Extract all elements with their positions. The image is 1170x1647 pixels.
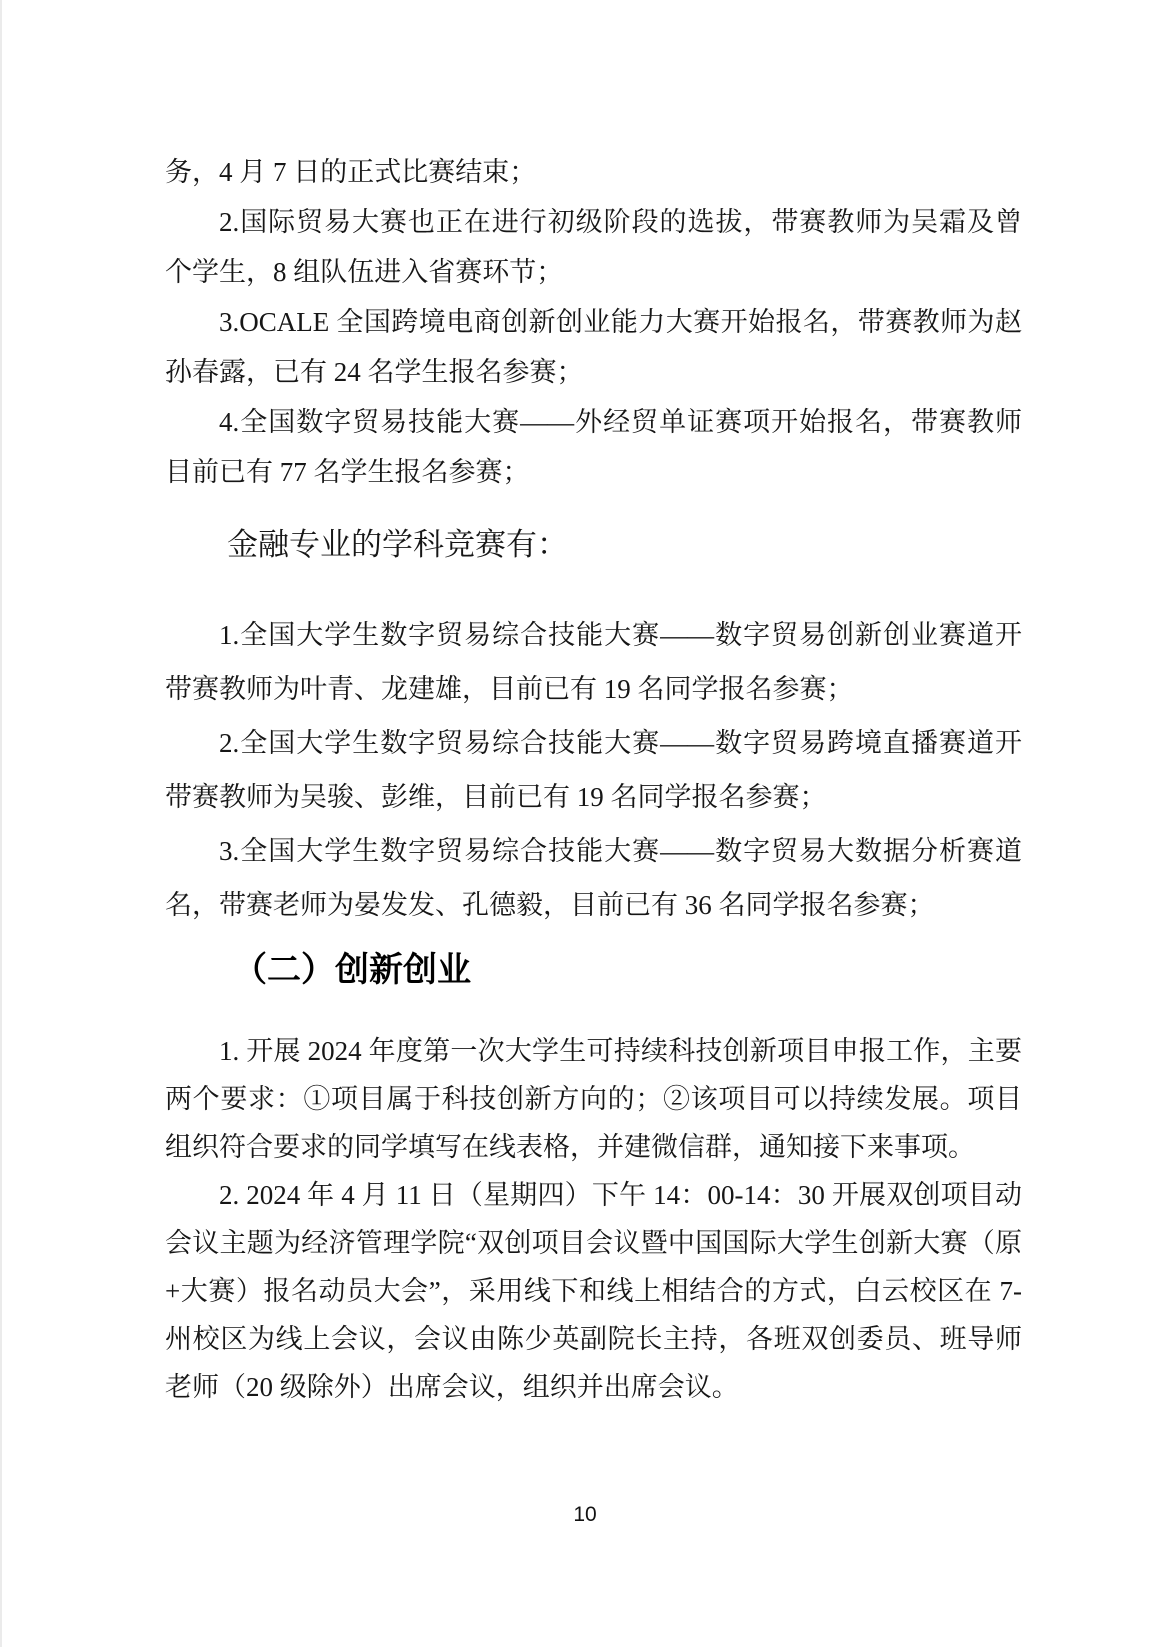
text-line: 目前已有 77 名学生报名参赛； (165, 447, 1022, 497)
text-line: 两个要求：①项目属于科技创新方向的；②该项目可以持续发展。项目收集工作， (165, 1075, 1022, 1123)
page-number: 10 (0, 1503, 1170, 1527)
section-innovation-entrepreneurship: 1. 开展 2024 年度第一次大学生可持续科技创新项目申报工作，主要需满足 两… (165, 1027, 1022, 1411)
text-line: 孙春露，已有 24 名学生报名参赛； (165, 347, 1022, 397)
page-edge-divider (0, 0, 2, 1647)
section-finance-competitions: 1.全国大学生数字贸易综合技能大赛——数字贸易创新创业赛道开始报名， 带赛教师为… (165, 608, 1022, 932)
section-heading-innovation: （二）创新创业 (165, 940, 1022, 1000)
document-body: 务，4 月 7 日的正式比赛结束； 2.国际贸易大赛也正在进行初级阶段的选拔，带… (0, 0, 1170, 1411)
text-line: 务，4 月 7 日的正式比赛结束； (165, 147, 1022, 197)
text-line: 3.OCALE 全国跨境电商创新创业能力大赛开始报名，带赛教师为赵晨曦、 (165, 297, 1022, 347)
text-line: 组织符合要求的同学填写在线表格，并建微信群，通知接下来事项。 (165, 1123, 1022, 1171)
text-line: 会议主题为经济管理学院“双创项目会议暨中国国际大学生创新大赛（原互联网 (165, 1219, 1022, 1267)
document-page: { "document": { "lines": [ "务，4 月 7 日的正式… (0, 0, 1170, 1647)
text-line: 1. 开展 2024 年度第一次大学生可持续科技创新项目申报工作，主要需满足 (165, 1027, 1022, 1075)
text-line: 1.全国大学生数字贸易综合技能大赛——数字贸易创新创业赛道开始报名， (165, 608, 1022, 662)
text-line: 老师（20 级除外）出席会议，组织并出席会议。 (165, 1363, 1022, 1411)
text-line: 2.国际贸易大赛也正在进行初级阶段的选拔，带赛教师为吴霜及曾倩怡，55 (165, 197, 1022, 247)
text-line: +大赛）报名动员大会”，采用线下和线上相结合的方式，白云校区在 7-203，惠 (165, 1267, 1022, 1315)
text-line: 2. 2024 年 4 月 11 日（星期四）下午 14：00-14：30 开展… (165, 1171, 1022, 1219)
text-line: 带赛教师为叶青、龙建雄，目前已有 19 名同学报名参赛； (165, 662, 1022, 716)
text-line: 3.全国大学生数字贸易综合技能大赛——数字贸易大数据分析赛道开始报 (165, 824, 1022, 878)
text-line: 个学生，8 组队伍进入省赛环节； (165, 247, 1022, 297)
text-line: 2.全国大学生数字贸易综合技能大赛——数字贸易跨境直播赛道开始报名， (165, 716, 1022, 770)
text-line: 带赛教师为吴骏、彭维，目前已有 19 名同学报名参赛； (165, 770, 1022, 824)
text-line: 名，带赛老师为晏发发、孔德毅，目前已有 36 名同学报名参赛； (165, 878, 1022, 932)
text-line: 州校区为线上会议，会议由陈少英副院长主持，各班双创委员、班导师和辅导员 (165, 1315, 1022, 1363)
finance-competitions-lead: 金融专业的学科竞赛有： (165, 518, 1022, 572)
text-line: 4.全国数字贸易技能大赛——外经贸单证赛项开始报名，带赛教师为鞠阳， (165, 397, 1022, 447)
section-trade-competitions: 务，4 月 7 日的正式比赛结束； 2.国际贸易大赛也正在进行初级阶段的选拔，带… (165, 147, 1022, 497)
